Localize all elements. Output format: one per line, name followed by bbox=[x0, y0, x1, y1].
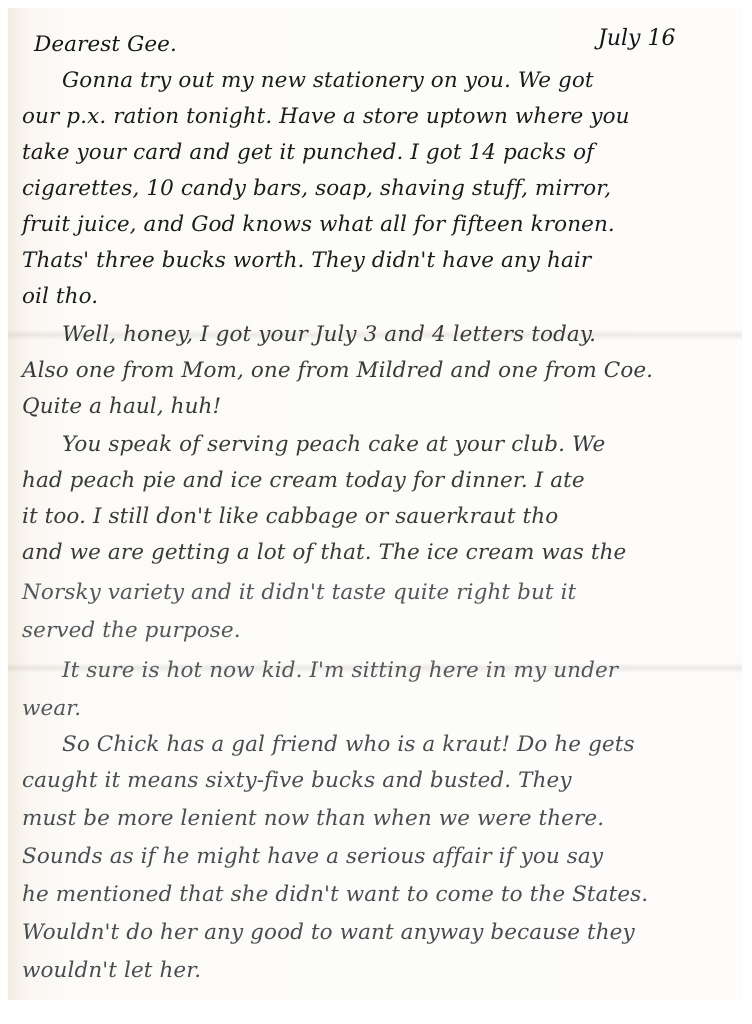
letter-line: Gonna try out my new stationery on you. … bbox=[62, 64, 752, 98]
letter-line: oil tho. bbox=[22, 280, 737, 314]
letter-date: July 16 bbox=[598, 22, 675, 56]
letter-line: must be more lenient now than when we we… bbox=[22, 802, 737, 836]
letter-line: wouldn't let her. bbox=[22, 954, 737, 988]
letter-line: had peach pie and ice cream today for di… bbox=[22, 464, 737, 498]
letter-line: Norsky variety and it didn't taste quite… bbox=[22, 576, 737, 610]
letter-line: served the purpose. bbox=[22, 614, 737, 648]
letter-line: So Chick has a gal friend who is a kraut… bbox=[62, 728, 752, 762]
letter-line: Well, honey, I got your July 3 and 4 let… bbox=[62, 318, 752, 352]
letter-line: Thats' three bucks worth. They didn't ha… bbox=[22, 244, 737, 278]
letter-line: our p.x. ration tonight. Have a store up… bbox=[22, 100, 737, 134]
letter-line: it too. I still don't like cabbage or sa… bbox=[22, 500, 737, 534]
letter-line: he mentioned that she didn't want to com… bbox=[22, 878, 737, 912]
letter-line: It sure is hot now kid. I'm sitting here… bbox=[62, 654, 752, 688]
letter-line: You speak of serving peach cake at your … bbox=[62, 428, 752, 462]
letter-line: Wouldn't do her any good to want anyway … bbox=[22, 916, 737, 950]
letter-line: caught it means sixty-five bucks and bus… bbox=[22, 764, 737, 798]
letter-line: wear. bbox=[22, 692, 737, 726]
handwritten-letter: Dearest Gee. July 16 Gonna try out my ne… bbox=[0, 0, 752, 1024]
letter-line: and we are getting a lot of that. The ic… bbox=[22, 536, 737, 570]
letter-line: take your card and get it punched. I got… bbox=[22, 136, 737, 170]
letter-line: Quite a haul, huh! bbox=[22, 390, 737, 424]
letter-line: fruit juice, and God knows what all for … bbox=[22, 208, 737, 242]
letter-line: cigarettes, 10 candy bars, soap, shaving… bbox=[22, 172, 737, 206]
letter-line: Sounds as if he might have a serious aff… bbox=[22, 840, 737, 874]
letter-line: Also one from Mom, one from Mildred and … bbox=[22, 354, 737, 388]
